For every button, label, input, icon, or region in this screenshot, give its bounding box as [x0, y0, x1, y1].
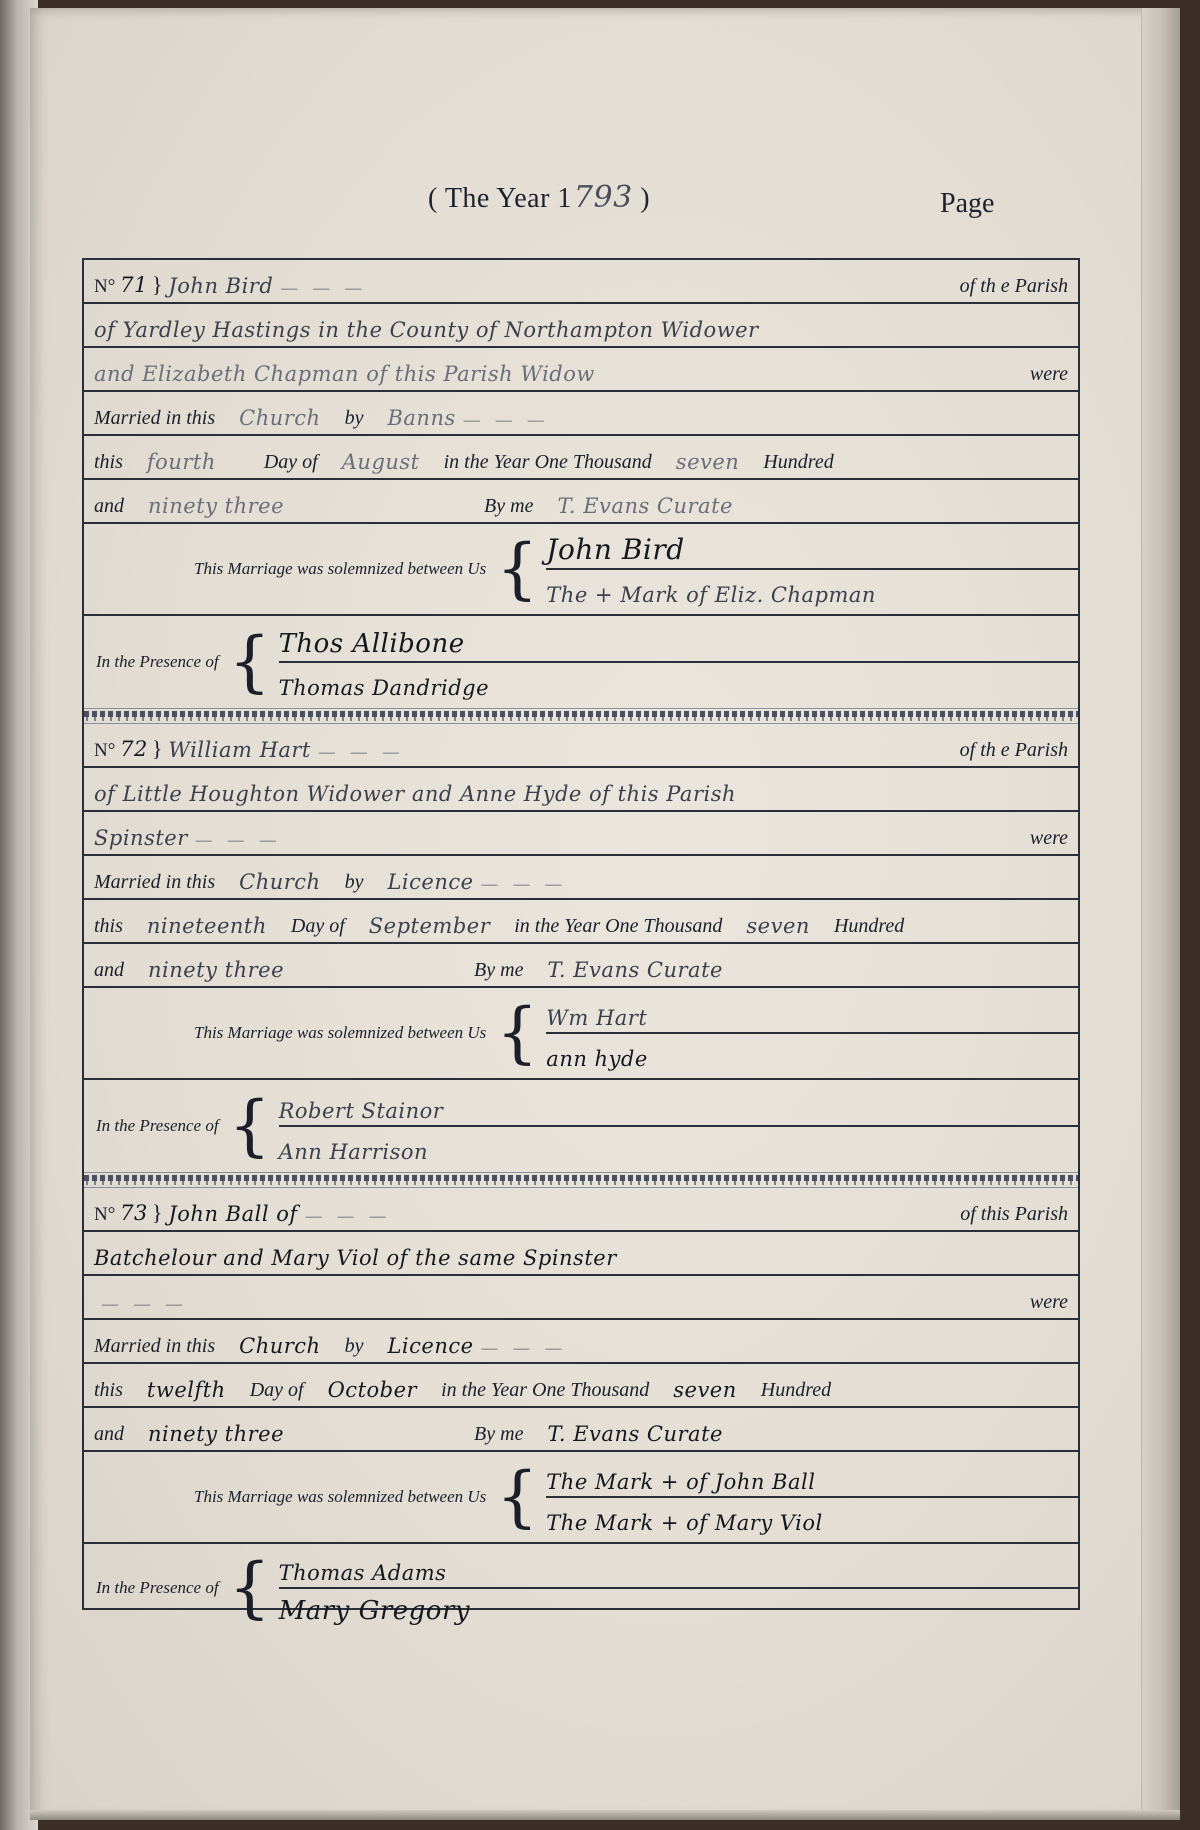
- by-method: Licence: [387, 870, 473, 894]
- year-seven: seven: [746, 914, 810, 938]
- by-label: by: [345, 1335, 364, 1358]
- presence-label: In the Presence of: [96, 652, 219, 672]
- by-method: Licence: [387, 1334, 473, 1358]
- signatures-row: This Marriage was solemnized between Us …: [84, 988, 1078, 1080]
- year-close: ): [640, 183, 650, 214]
- married-row: Married in this Church by Licence — — —: [84, 856, 1078, 900]
- dash-filler: — — —: [102, 1296, 188, 1314]
- brace: {: [496, 536, 538, 602]
- signature-bride: ann hyde: [546, 1047, 648, 1071]
- groom-residence: of Yardley Hastings in the County of Nor…: [94, 318, 759, 342]
- month: October: [328, 1378, 417, 1402]
- hundred-label: Hundred: [834, 915, 904, 938]
- year-seven: seven: [673, 1378, 737, 1402]
- by-me-label: By me: [474, 959, 523, 982]
- signature-bride: The + Mark of Eliz. Chapman: [546, 583, 876, 607]
- and-label: and: [94, 959, 124, 982]
- entry-number: N° 71: [94, 273, 148, 298]
- solemnized-label: This Marriage was solemnized between Us: [194, 1023, 486, 1043]
- by-me-label: By me: [484, 495, 533, 518]
- entry-71: N° 71 } John Bird — — — of th e Parish o…: [84, 260, 1078, 708]
- presence-label: In the Presence of: [96, 1116, 219, 1136]
- year-label: ( The Year 1: [428, 183, 572, 214]
- this-label: this: [94, 451, 123, 474]
- by-label: by: [345, 407, 364, 430]
- presence-label: In the Presence of: [96, 1578, 219, 1598]
- of-the-parish: of th e Parish: [960, 275, 1068, 298]
- date-row: this twelfth Day of October in the Year …: [84, 1364, 1078, 1408]
- year-heading: ( The Year 1793 ): [428, 180, 650, 215]
- officiant-row: and ninety three By me T. Evans Curate: [84, 480, 1078, 524]
- and-label: and: [94, 1423, 124, 1446]
- date-row: this fourth Day of August in the Year On…: [84, 436, 1078, 480]
- solemnized-label: This Marriage was solemnized between Us: [194, 1487, 486, 1507]
- groom-status-and-bride: Batchelour and Mary Viol of the same Spi…: [94, 1246, 617, 1270]
- entry-line-3: Spinster — — — were: [84, 812, 1078, 856]
- page-bottom-edge: [30, 1810, 1180, 1820]
- entry-line-3: — — — were: [84, 1276, 1078, 1320]
- signature-groom: Wm Hart: [546, 1006, 647, 1030]
- entry-header-row: N° 72 } William Hart — — — of th e Paris…: [84, 724, 1078, 768]
- of-the-parish: of th e Parish: [960, 739, 1068, 762]
- hundred-label: Hundred: [763, 451, 833, 474]
- year-label: in the Year One Thousand: [514, 915, 722, 938]
- ornamental-divider: [84, 708, 1078, 724]
- this-label: this: [94, 915, 123, 938]
- day-of-label: Day of: [291, 915, 345, 938]
- bride-details: and Elizabeth Chapman of this Parish Wid…: [94, 362, 595, 386]
- signature-bride: The Mark + of Mary Viol: [546, 1511, 822, 1535]
- witnesses-row: In the Presence of { Thomas Adams Mary G…: [84, 1544, 1078, 1632]
- married-row: Married in this Church by Licence — — —: [84, 1320, 1078, 1364]
- signatures-row: This Marriage was solemnized between Us …: [84, 524, 1078, 616]
- year-words: ninety three: [148, 494, 284, 518]
- entry-line-2: of Little Houghton Widower and Anne Hyde…: [84, 768, 1078, 812]
- dash-filler: — — —: [464, 412, 550, 430]
- signature-groom: The Mark + of John Ball: [546, 1470, 815, 1494]
- were-label: were: [1030, 1291, 1068, 1314]
- place: Church: [239, 1334, 320, 1358]
- groom-name: William Hart: [168, 738, 311, 762]
- day: fourth: [147, 450, 216, 474]
- officiant: T. Evans Curate: [557, 494, 732, 518]
- by-method: Banns: [387, 406, 455, 430]
- solemnized-label: This Marriage was solemnized between Us: [194, 559, 486, 579]
- ornamental-divider: [84, 1172, 1078, 1188]
- witnesses-row: In the Presence of { Thos Allibone Thoma…: [84, 616, 1078, 708]
- entry-72: N° 72 } William Hart — — — of th e Paris…: [84, 724, 1078, 1172]
- month: August: [342, 450, 420, 474]
- brace: {: [496, 1000, 538, 1066]
- brace: {: [496, 1464, 538, 1530]
- place: Church: [239, 870, 320, 894]
- brace: {: [229, 1555, 271, 1621]
- were-label: were: [1030, 827, 1068, 850]
- officiant: T. Evans Curate: [547, 958, 722, 982]
- entry-73: N° 73 } John Ball of — — — of this Paris…: [84, 1188, 1078, 1632]
- officiant: T. Evans Curate: [547, 1422, 722, 1446]
- witness-2: Ann Harrison: [279, 1140, 428, 1164]
- by-me-label: By me: [474, 1423, 523, 1446]
- day: twelfth: [147, 1378, 226, 1402]
- and-label: and: [94, 495, 124, 518]
- entry-number: N° 73: [94, 1201, 148, 1226]
- brace: }: [152, 272, 163, 298]
- officiant-row: and ninety three By me T. Evans Curate: [84, 1408, 1078, 1452]
- dash-filler: — — —: [281, 280, 367, 298]
- witness-1: Robert Stainor: [279, 1099, 444, 1123]
- dash-filler: — — —: [196, 832, 282, 850]
- dash-filler: — — —: [482, 876, 568, 894]
- entry-line-2: Batchelour and Mary Viol of the same Spi…: [84, 1232, 1078, 1276]
- by-label: by: [345, 871, 364, 894]
- year-words: ninety three: [148, 958, 284, 982]
- witnesses-row: In the Presence of { Robert Stainor Ann …: [84, 1080, 1078, 1172]
- married-label: Married in this: [94, 871, 215, 894]
- year-words: ninety three: [148, 1422, 284, 1446]
- entry-header-row: N° 71 } John Bird — — — of th e Parish: [84, 260, 1078, 304]
- signature-groom: John Bird: [546, 533, 684, 566]
- dash-filler: — — —: [306, 1208, 392, 1226]
- married-label: Married in this: [94, 1335, 215, 1358]
- groom-name: John Bird: [168, 274, 273, 298]
- married-label: Married in this: [94, 407, 215, 430]
- dash-filler: — — —: [482, 1340, 568, 1358]
- were-label: were: [1030, 363, 1068, 386]
- hundred-label: Hundred: [761, 1379, 831, 1402]
- month: September: [369, 914, 490, 938]
- day: nineteenth: [147, 914, 267, 938]
- of-this-parish: of this Parish: [960, 1203, 1068, 1226]
- this-label: this: [94, 1379, 123, 1402]
- entry-number: N° 72: [94, 737, 148, 762]
- brace: }: [152, 736, 163, 762]
- place: Church: [239, 406, 320, 430]
- entry-line-2: of Yardley Hastings in the County of Nor…: [84, 304, 1078, 348]
- married-row: Married in this Church by Banns — — —: [84, 392, 1078, 436]
- year-label: in the Year One Thousand: [444, 451, 652, 474]
- witness-1: Thos Allibone: [279, 629, 465, 659]
- day-of-label: Day of: [250, 1379, 304, 1402]
- witness-1: Thomas Adams: [279, 1561, 447, 1585]
- year-label: in the Year One Thousand: [441, 1379, 649, 1402]
- dash-filler: — — —: [319, 744, 405, 762]
- page-label: Page: [940, 188, 994, 220]
- brace: }: [152, 1200, 163, 1226]
- witness-2: Thomas Dandridge: [279, 676, 489, 700]
- groom-residence: of Little Houghton Widower and Anne Hyde…: [94, 782, 736, 806]
- entry-line-3: and Elizabeth Chapman of this Parish Wid…: [84, 348, 1078, 392]
- signatures-row: This Marriage was solemnized between Us …: [84, 1452, 1078, 1544]
- witness-2: Mary Gregory: [279, 1596, 471, 1626]
- brace: {: [229, 1093, 271, 1159]
- marriage-register-table: N° 71 } John Bird — — — of th e Parish o…: [82, 258, 1080, 1610]
- page-edge: [1141, 8, 1180, 1820]
- year-seven: seven: [676, 450, 740, 474]
- officiant-row: and ninety three By me T. Evans Curate: [84, 944, 1078, 988]
- bride-status: Spinster: [94, 826, 188, 850]
- date-row: this nineteenth Day of September in the …: [84, 900, 1078, 944]
- day-of-label: Day of: [264, 451, 318, 474]
- groom-name: John Ball of: [168, 1202, 297, 1226]
- entry-header-row: N° 73 } John Ball of — — — of this Paris…: [84, 1188, 1078, 1232]
- year-handwritten: 793: [574, 180, 633, 215]
- brace: {: [229, 629, 271, 695]
